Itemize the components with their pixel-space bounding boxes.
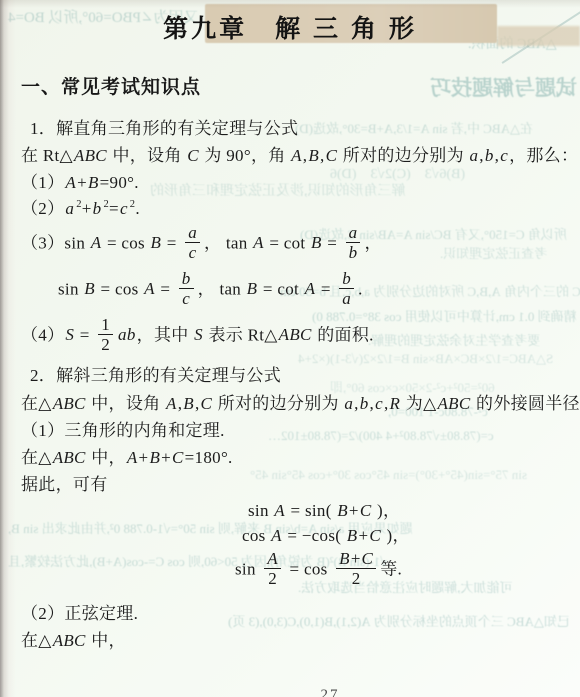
section-heading: 一、常见考试知识点 (21, 72, 201, 99)
line-formula-3b: sin B = cos A = bc， tan B = cot A = ba. (58, 271, 363, 310)
line-formula-1: （1）A+B=90°. (21, 168, 139, 193)
fraction: bc (179, 269, 194, 308)
line-sine-rule-heading: （2）正弦定理. (21, 599, 138, 624)
fraction: 12 (98, 315, 113, 354)
fraction: A2 (264, 549, 281, 588)
fraction: B+C2 (336, 549, 376, 588)
fraction: ac (185, 223, 200, 262)
line-eq-half-angle-identity: sin A2 = cos B+C2等. (235, 551, 402, 590)
line-item2-heading: 2．解斜三角形的有关定理与公式 (30, 361, 281, 386)
line-eq-cos-identity: cos A = −cos( B+C )， (242, 521, 410, 546)
textbook-page: 又因为∠PBO=60°,所以 BO=4△ABC 的面积.试题与解题技巧在△ABC… (0, 0, 580, 697)
fraction: ba (339, 269, 354, 308)
chapter-title: 第九章 解 三 角 形 (0, 9, 580, 45)
line-angle-sum-equation: 在△ABC 中，A+B+C=180°. (21, 443, 233, 468)
line-in-triangle-abc: 在△ABC 中， (21, 626, 126, 651)
line-formula-3a: （3）sin A = cos B = ac， tan A = cot B = a… (21, 225, 382, 264)
line-formula-2: （2）a2+b2=c2. (21, 194, 140, 219)
line-intro-oblique-triangle: 在△ABC 中，设角 A,B,C 所对的边分别为 a,b,c,R 为△ABC 的… (21, 389, 580, 414)
line-intro-right-triangle: 在 Rt△ABC 中，设角 C 为 90°，角 A,B,C 所对的边分别为 a,… (21, 141, 578, 166)
line-accordingly: 据此，可有 (21, 470, 108, 495)
fraction: ab (346, 223, 361, 262)
line-angle-sum-theorem-heading: （1）三角形的内角和定理. (21, 416, 225, 441)
page-number: 27 (300, 687, 360, 697)
line-item1-heading: 1．解直角三角形的有关定理与公式 (30, 114, 298, 139)
line-eq-sin-identity: sin A = sin( B+C )， (248, 496, 400, 521)
line-formula-4: （4）S = 12ab，其中 S 表示 Rt△ABC 的面积. (21, 317, 374, 356)
page-content: 第九章 解 三 角 形 一、常见考试知识点 1．解直角三角形的有关定理与公式 在… (0, 0, 580, 697)
